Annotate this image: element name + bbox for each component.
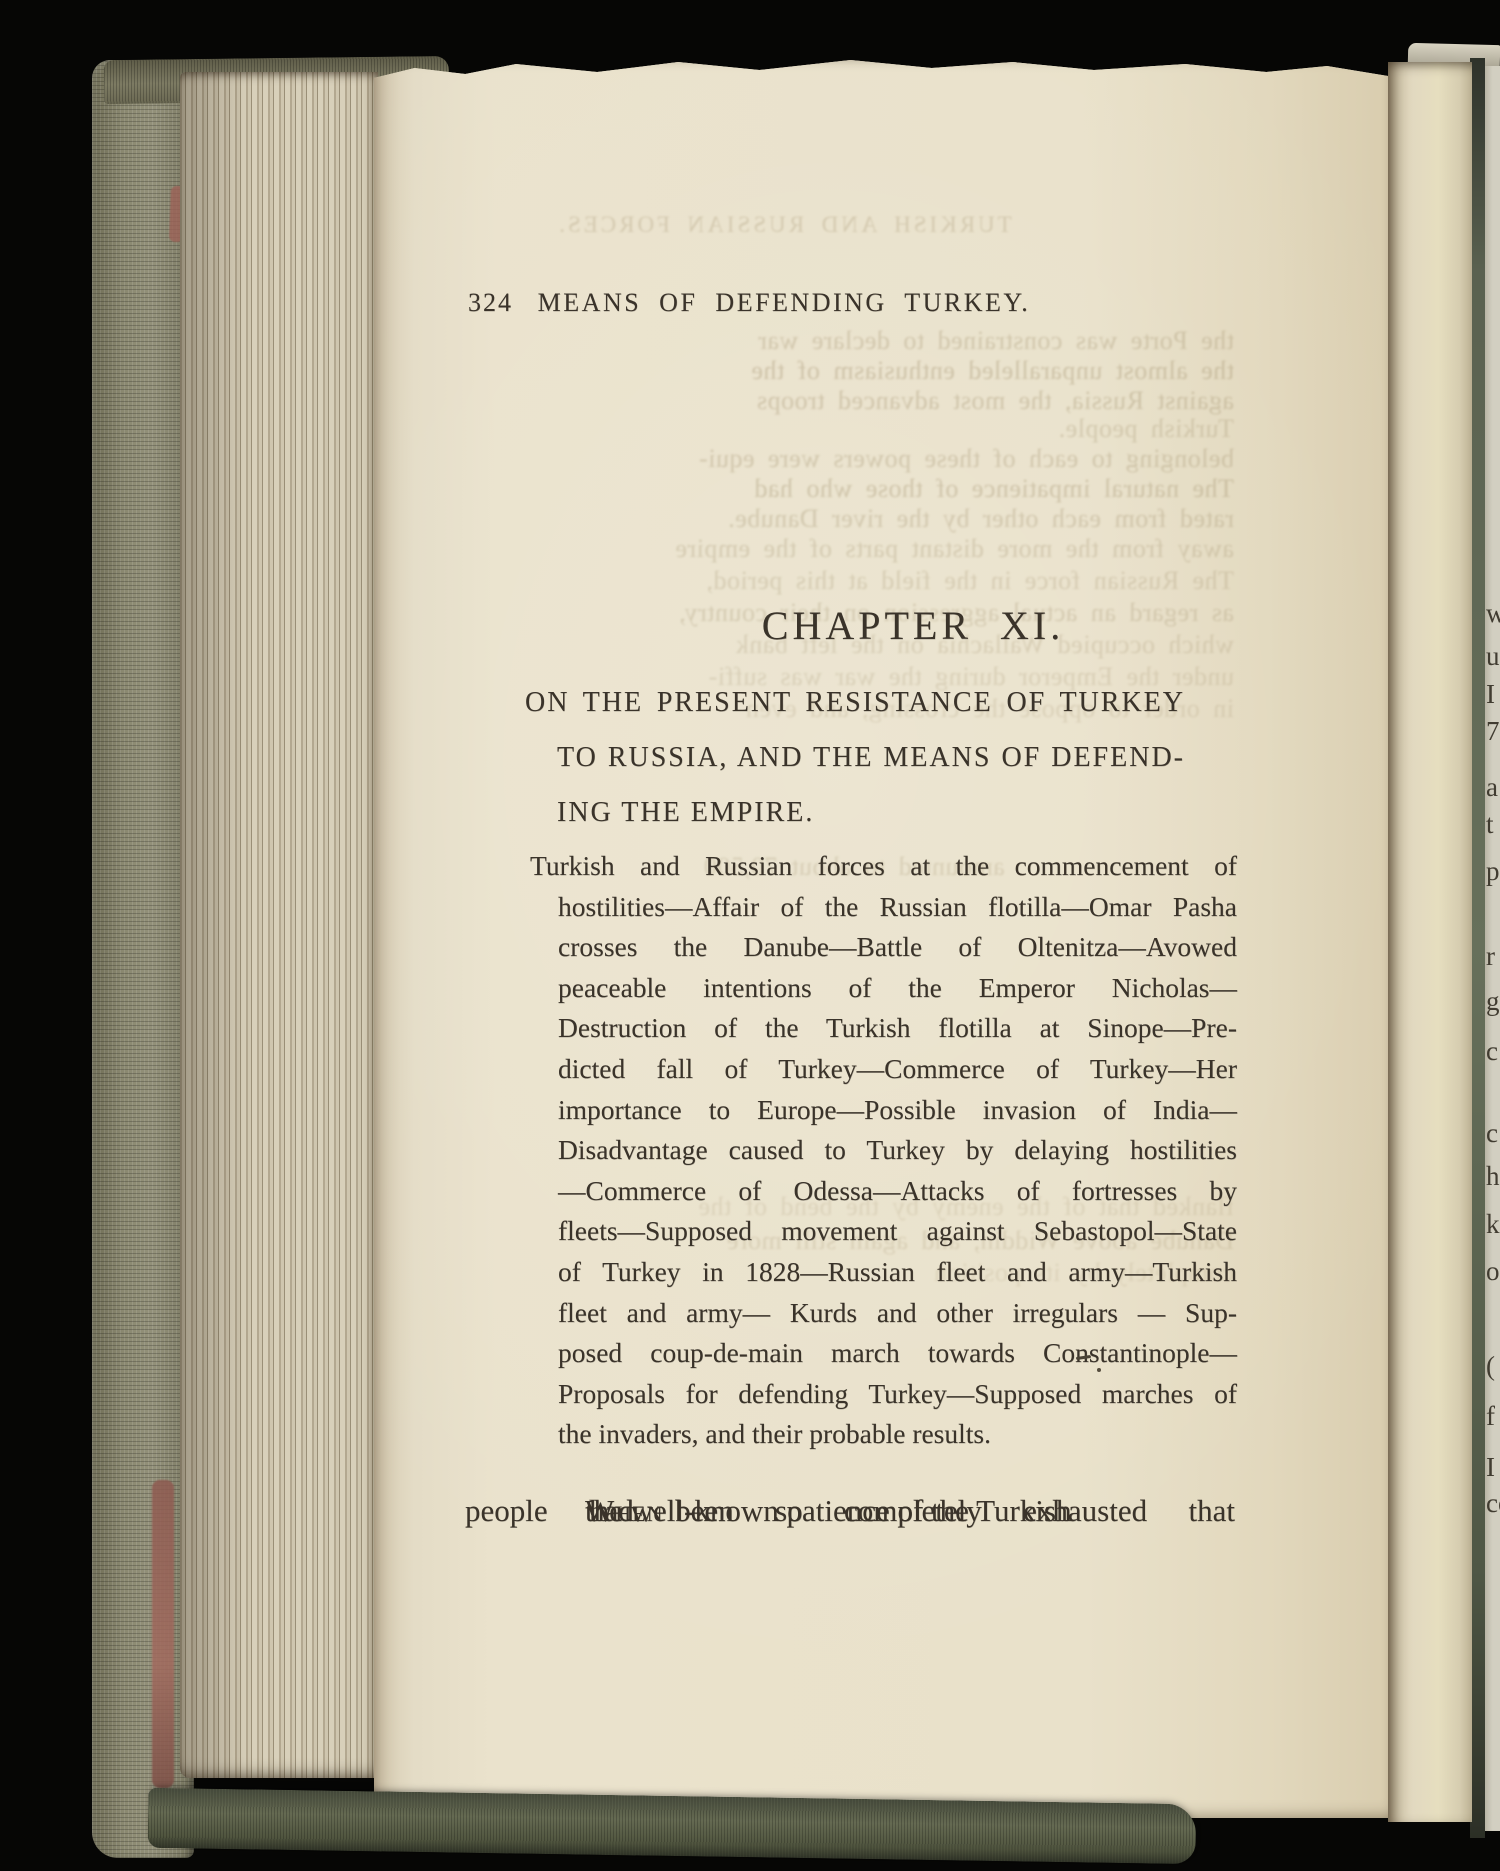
edge-letter: co xyxy=(1486,1488,1500,1519)
gutter-page-curve xyxy=(1388,62,1472,1822)
edge-letter: c xyxy=(1486,1036,1500,1067)
edge-letter: p xyxy=(1486,856,1500,887)
bleedthrough-line: against Russia, the most advanced troops xyxy=(474,386,1234,416)
bleedthrough-line: Turkish people. xyxy=(474,414,1234,444)
edge-letter: 7 xyxy=(1486,716,1500,747)
bleedthrough-line: the almost unparalleled enthusiasm of th… xyxy=(474,356,1234,386)
summary-line: dicted fall of Turkey—Commerce of Turkey… xyxy=(558,1049,1237,1090)
summary-line: Proposals for defending Turkey—Supposed … xyxy=(558,1374,1237,1415)
summary-line: —Commerce of Odessa—Attacks of fortresse… xyxy=(558,1171,1237,1212)
summary-line: Destruction of the Turkish flotilla at S… xyxy=(558,1008,1237,1049)
summary-line: hostilities—Affair of the Russian flotil… xyxy=(558,887,1237,928)
gutter-shadow-strip xyxy=(1470,58,1485,1838)
edge-letter: r xyxy=(1486,941,1500,972)
summary-line: fleets—Supposed movement against Sebasto… xyxy=(558,1211,1237,1252)
summary-line: fleet and army— Kurds and other irregula… xyxy=(558,1293,1237,1334)
edge-letter: f xyxy=(1486,1401,1500,1432)
summary-line: importance to Europe—Possible invasion o… xyxy=(558,1090,1237,1131)
edge-letter: I xyxy=(1486,1452,1500,1483)
bleedthrough-line: The Russian force in the field at this p… xyxy=(474,566,1234,596)
edge-letter: c xyxy=(1486,1118,1500,1149)
summary-line: crosses the Danube—Battle of Oltenitza—A… xyxy=(558,927,1237,968)
edge-letter: a xyxy=(1486,772,1500,803)
edge-letter: ( xyxy=(1486,1351,1500,1382)
chapter-subtitle: ON THE PRESENT RESISTANCE OF TURKEY TO R… xyxy=(557,675,1185,840)
bleedthrough-line: rated from each other by the river Danub… xyxy=(474,504,1234,534)
maroon-endpaper-edge-bottom xyxy=(152,1480,174,1788)
chapter-subtitle-line: ON THE PRESENT RESISTANCE OF TURKEY xyxy=(525,675,1185,730)
bleedthrough-line: the Porte was constrained to declare war xyxy=(474,326,1234,356)
bleedthrough-line: The natural impatience of those who had xyxy=(474,474,1234,504)
edge-letter: g xyxy=(1486,986,1500,1017)
running-head: MEANS OF DEFENDING TURKEY. xyxy=(344,288,1224,318)
facing-page-sliver: w u I 7 a t p r g c c h k o ( f I co xyxy=(1485,66,1500,1831)
chapter-heading: CHAPTER XI. xyxy=(473,602,1353,649)
bleedthrough-running-head: TURKISH AND RUSSIAN FORCES. xyxy=(404,212,1164,238)
bleedthrough-line: away from the more distant parts of the … xyxy=(474,534,1234,564)
edge-letter: w xyxy=(1486,598,1500,629)
summary-line: of Turkey in 1828—Russian fleet and army… xyxy=(558,1252,1237,1293)
body-paragraph: When the well-known patience of the Turk… xyxy=(465,1482,1235,1539)
summary-line: posed coup-de-main march towards Constan… xyxy=(558,1333,1237,1374)
body-line: people had been so completely exhausted … xyxy=(465,1482,1235,1539)
fore-edge-page-stack xyxy=(180,72,378,1778)
edge-letter: h xyxy=(1486,1161,1500,1192)
book-photo: w u I 7 a t p r g c c h k o ( f I co TUR… xyxy=(0,0,1500,1871)
edge-letter: o xyxy=(1486,1256,1500,1287)
edge-letter: t xyxy=(1486,809,1500,840)
chapter-summary: Turkish and Russian forces at the commen… xyxy=(558,846,1237,1455)
bleedthrough-line: belonging to each of these powers were e… xyxy=(474,444,1234,474)
summary-line: peaceable intentions of the Emperor Nich… xyxy=(558,968,1237,1009)
chapter-subtitle-line: TO RUSSIA, AND THE MEANS OF DEFEND- xyxy=(557,730,1185,785)
edge-letter: I xyxy=(1486,679,1500,710)
book-cover-left-edge xyxy=(92,60,194,1858)
edge-letter: k xyxy=(1486,1209,1500,1240)
summary-line: Disadvantage caused to Turkey by delayin… xyxy=(558,1130,1237,1171)
summary-line: the invaders, and their probable results… xyxy=(558,1414,1237,1455)
chapter-subtitle-line: ING THE EMPIRE. xyxy=(557,785,1185,840)
summary-line: Turkish and Russian forces at the commen… xyxy=(530,846,1237,887)
stray-ink-mark xyxy=(1097,1368,1101,1372)
open-page: TURKISH AND RUSSIAN FORCES. the Porte wa… xyxy=(374,56,1388,1818)
edge-letter: u xyxy=(1486,641,1500,672)
